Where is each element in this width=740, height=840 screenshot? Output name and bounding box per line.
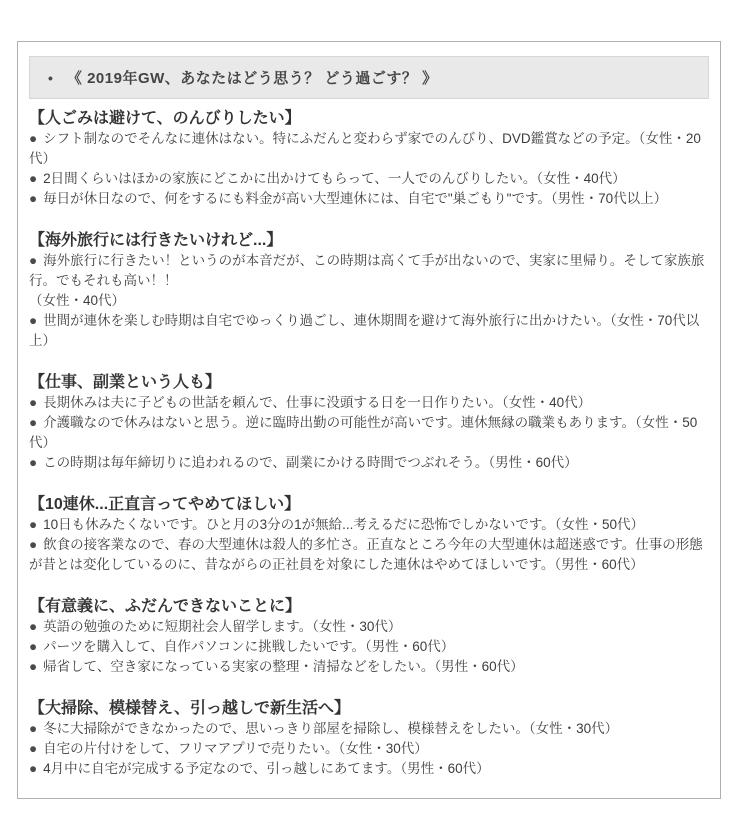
section-ten-day-holiday: 【10連休...正直言ってやめてほしい】 ●10日も休みたくないです。ひと月の3… <box>29 495 709 575</box>
section-heading: 【大掃除、模様替え、引っ越しで新生活へ】 <box>29 699 709 719</box>
section-heading: 【有意義に、ふだんできないことに】 <box>29 597 709 617</box>
header-box: • 《 2019年GW、あなたはどう思う？ どう過ごす？ 》 <box>29 56 709 99</box>
bullet-icon: ● <box>29 455 37 470</box>
quote-text: 冬に大掃除ができなかったので、思いっきり部屋を掃除し、模様替えをしたい。（女性・… <box>43 721 618 736</box>
quote-item: ●海外旅行に行きたい！というのが本音だが、この時期は高くて手が出ないので、実家に… <box>29 251 709 311</box>
bullet-icon: ● <box>29 659 37 674</box>
section-avoid-crowds: 【人ごみは避けて、のんびりしたい】 ●シフト制なのでそんなに連休はない。特にふだ… <box>29 109 709 209</box>
quote-text: パーツを購入して、自作パソコンに挑戦したいです。（男性・60代） <box>43 639 454 654</box>
quote-item: ●10日も休みたくないです。ひと月の3分の1が無給...考えるだに恐怖でしかない… <box>29 515 709 535</box>
bullet-icon: ● <box>29 313 37 328</box>
bullet-icon: ● <box>29 517 37 532</box>
bullet-icon: ● <box>29 741 37 756</box>
bullet-icon: ● <box>29 171 37 186</box>
bullet-icon: ● <box>29 721 37 736</box>
section-meaningful-activities: 【有意義に、ふだんできないことに】 ●英語の勉強のために短期社会人留学します。（… <box>29 597 709 677</box>
list-bullet-icon: • <box>48 71 53 85</box>
quote-text: 帰省して、空き家になっている実家の整理・清掃などをしたい。（男性・60代） <box>43 659 524 674</box>
quote-item: ●介護職なので休みはないと思う。逆に臨時出勤の可能性が高いです。連休無縁の職業も… <box>29 413 709 453</box>
section-heading: 【海外旅行には行きたいけれど...】 <box>29 231 709 251</box>
bullet-icon: ● <box>29 191 37 206</box>
quote-item: ●毎日が休日なので、何をするにも料金が高い大型連休には、自宅で"巣ごもり"です。… <box>29 189 709 209</box>
quote-item: ●世間が連休を楽しむ時期は自宅でゆっくり過ごし、連休期間を避けて海外旅行に出かけ… <box>29 311 709 351</box>
quote-item: ●飲食の接客業なので、春の大型連休は殺人的多忙さ。正直なところ今年の大型連休は超… <box>29 535 709 575</box>
quote-text: 自宅の片付けをして、フリマアプリで売りたい。（女性・30代） <box>43 741 428 756</box>
quote-text: 介護職なので休みはないと思う。逆に臨時出勤の可能性が高いです。連休無縁の職業もあ… <box>29 415 697 450</box>
section-heading: 【仕事、副業という人も】 <box>29 373 709 393</box>
bullet-icon: ● <box>29 639 37 654</box>
quote-text: 世間が連休を楽しむ時期は自宅でゆっくり過ごし、連休期間を避けて海外旅行に出かけた… <box>29 313 699 348</box>
quote-item: ●長期休みは夫に子どもの世話を頼んで、仕事に没頭する日を一日作りたい。（女性・4… <box>29 393 709 413</box>
section-cleaning-moving: 【大掃除、模様替え、引っ越しで新生活へ】 ●冬に大掃除ができなかったので、思いっ… <box>29 699 709 779</box>
quote-item: ●パーツを購入して、自作パソコンに挑戦したいです。（男性・60代） <box>29 637 709 657</box>
quote-text: 毎日が休日なので、何をするにも料金が高い大型連休には、自宅で"巣ごもり"です。（… <box>43 191 667 206</box>
quote-text: 英語の勉強のために短期社会人留学します。（女性・30代） <box>43 619 401 634</box>
bullet-icon: ● <box>29 619 37 634</box>
quote-item: ●冬に大掃除ができなかったので、思いっきり部屋を掃除し、模様替えをしたい。（女性… <box>29 719 709 739</box>
section-heading: 【人ごみは避けて、のんびりしたい】 <box>29 109 709 129</box>
quote-text: 飲食の接客業なので、春の大型連休は殺人的多忙さ。正直なところ今年の大型連休は超迷… <box>29 537 703 572</box>
quote-text: シフト制なのでそんなに連休はない。特にふだんと変わらず家でのんびり、DVD鑑賞な… <box>29 131 701 166</box>
survey-comments-panel: • 《 2019年GW、あなたはどう思う？ どう過ごす？ 》 【人ごみは避けて、… <box>17 41 721 799</box>
quote-item: ●英語の勉強のために短期社会人留学します。（女性・30代） <box>29 617 709 637</box>
quote-item: ●2日間くらいはほかの家族にどこかに出かけてもらって、一人でのんびりしたい。（女… <box>29 169 709 189</box>
section-heading: 【10連休...正直言ってやめてほしい】 <box>29 495 709 515</box>
quote-item: ●帰省して、空き家になっている実家の整理・清掃などをしたい。（男性・60代） <box>29 657 709 677</box>
bullet-icon: ● <box>29 537 37 552</box>
quote-text: この時期は毎年締切りに追われるので、副業にかける時間でつぶれそう。（男性・60代… <box>43 455 578 470</box>
section-work-sidejob: 【仕事、副業という人も】 ●長期休みは夫に子どもの世話を頼んで、仕事に没頭する日… <box>29 373 709 473</box>
quote-text: 10日も休みたくないです。ひと月の3分の1が無給...考えるだに恐怖でしかないで… <box>43 517 644 532</box>
bullet-icon: ● <box>29 395 37 410</box>
quote-item: ●自宅の片付けをして、フリマアプリで売りたい。（女性・30代） <box>29 739 709 759</box>
quote-item: ●4月中に自宅が完成する予定なので、引っ越しにあてます。（男性・60代） <box>29 759 709 779</box>
page-title: 《 2019年GW、あなたはどう思う？ どう過ごす？ 》 <box>67 67 438 88</box>
bullet-icon: ● <box>29 415 37 430</box>
quote-item: ●この時期は毎年締切りに追われるので、副業にかける時間でつぶれそう。（男性・60… <box>29 453 709 473</box>
quote-text: 2日間くらいはほかの家族にどこかに出かけてもらって、一人でのんびりしたい。（女性… <box>43 171 626 186</box>
bullet-icon: ● <box>29 131 37 146</box>
quote-text: 長期休みは夫に子どもの世話を頼んで、仕事に没頭する日を一日作りたい。（女性・40… <box>43 395 591 410</box>
quote-text: 4月中に自宅が完成する予定なので、引っ越しにあてます。（男性・60代） <box>43 761 489 776</box>
section-overseas-travel: 【海外旅行には行きたいけれど...】 ●海外旅行に行きたい！というのが本音だが、… <box>29 231 709 351</box>
bullet-icon: ● <box>29 761 37 776</box>
bullet-icon: ● <box>29 253 37 268</box>
comments-content: 【人ごみは避けて、のんびりしたい】 ●シフト制なのでそんなに連休はない。特にふだ… <box>29 109 709 779</box>
quote-item: ●シフト制なのでそんなに連休はない。特にふだんと変わらず家でのんびり、DVD鑑賞… <box>29 129 709 169</box>
quote-text: 海外旅行に行きたい！というのが本音だが、この時期は高くて手が出ないので、実家に里… <box>29 253 704 308</box>
